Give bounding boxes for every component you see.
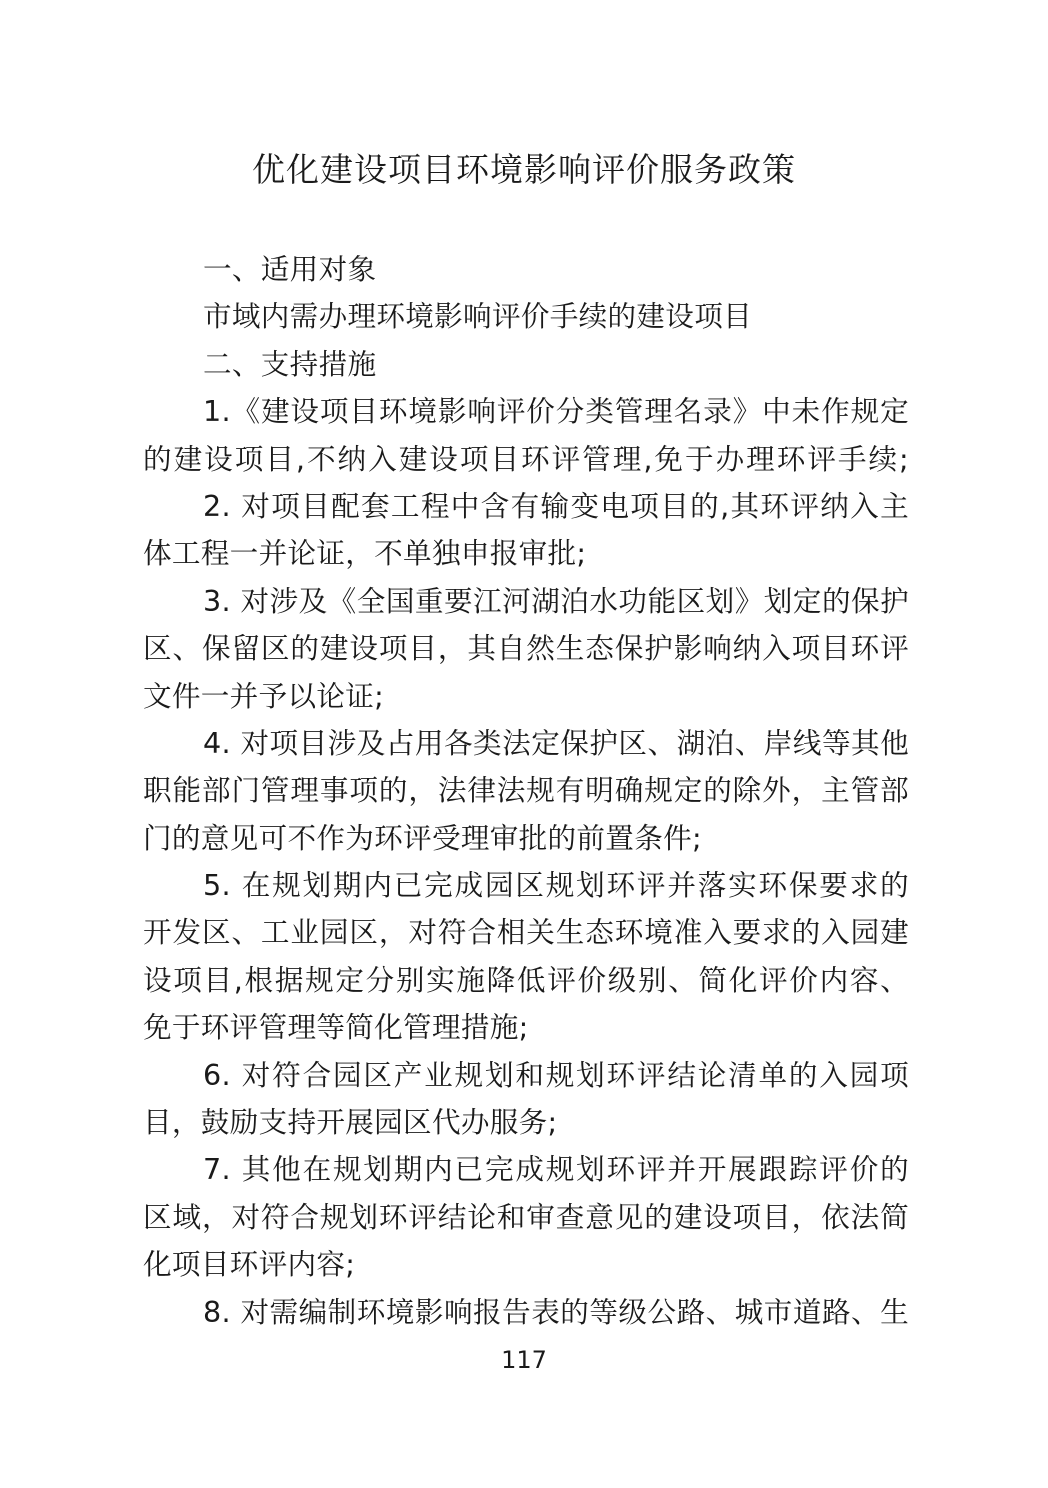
measure-7-line-1: 7. 其他在规划期内已完成规划环评并开展跟踪评价的 (143, 1146, 909, 1193)
measure-5-line-4: 免于环评管理等简化管理措施; (143, 1004, 909, 1051)
measure-1-line-2: 的建设项目,不纳入建设项目环评管理,免于办理环评手续; (143, 436, 909, 483)
measure-4-line-1: 4. 对项目涉及占用各类法定保护区、湖泊、岸线等其他 (143, 720, 909, 767)
measure-6-line-2: 目，鼓励支持开展园区代办服务; (143, 1099, 909, 1146)
measure-2-line-1: 2. 对项目配套工程中含有输变电项目的,其环评纳入主 (143, 483, 909, 530)
document-body: 一、适用对象 市域内需办理环境影响评价手续的建设项目 二、支持措施 1.《建设项… (143, 246, 909, 1336)
page-number: 117 (0, 1346, 1048, 1374)
measure-5-line-2: 开发区、工业园区，对符合相关生态环境准入要求的入园建 (143, 909, 909, 956)
section-heading-applicable-objects: 一、适用对象 (143, 246, 909, 293)
measure-2-line-2: 体工程一并论证，不单独申报审批; (143, 530, 909, 577)
measure-3-line-1: 3. 对涉及《全国重要江河湖泊水功能区划》划定的保护 (143, 578, 909, 625)
measure-5-line-1: 5. 在规划期内已完成园区规划环评并落实环保要求的 (143, 862, 909, 909)
measure-4-line-3: 门的意见可不作为环评受理审批的前置条件; (143, 815, 909, 862)
measure-5-line-3: 设项目,根据规定分别实施降低评价级别、简化评价内容、 (143, 957, 909, 1004)
section-heading-support-measures: 二、支持措施 (143, 341, 909, 388)
measure-4-line-2: 职能部门管理事项的，法律法规有明确规定的除外，主管部 (143, 767, 909, 814)
measure-7-line-2: 区域，对符合规划环评结论和审查意见的建设项目，依法简 (143, 1194, 909, 1241)
measure-3-line-2: 区、保留区的建设项目，其自然生态保护影响纳入项目环评 (143, 625, 909, 672)
measure-8-line-1: 8. 对需编制环境影响报告表的等级公路、城市道路、生 (143, 1289, 909, 1336)
section-content-applicable-objects: 市域内需办理环境影响评价手续的建设项目 (143, 293, 909, 340)
measure-3-line-3: 文件一并予以论证; (143, 673, 909, 720)
measure-7-line-3: 化项目环评内容; (143, 1241, 909, 1288)
measure-6-line-1: 6. 对符合园区产业规划和规划环评结论清单的入园项 (143, 1052, 909, 1099)
document-title: 优化建设项目环境影响评价服务政策 (0, 146, 1048, 194)
measure-1-line-1: 1.《建设项目环境影响评价分类管理名录》中未作规定 (143, 388, 909, 435)
